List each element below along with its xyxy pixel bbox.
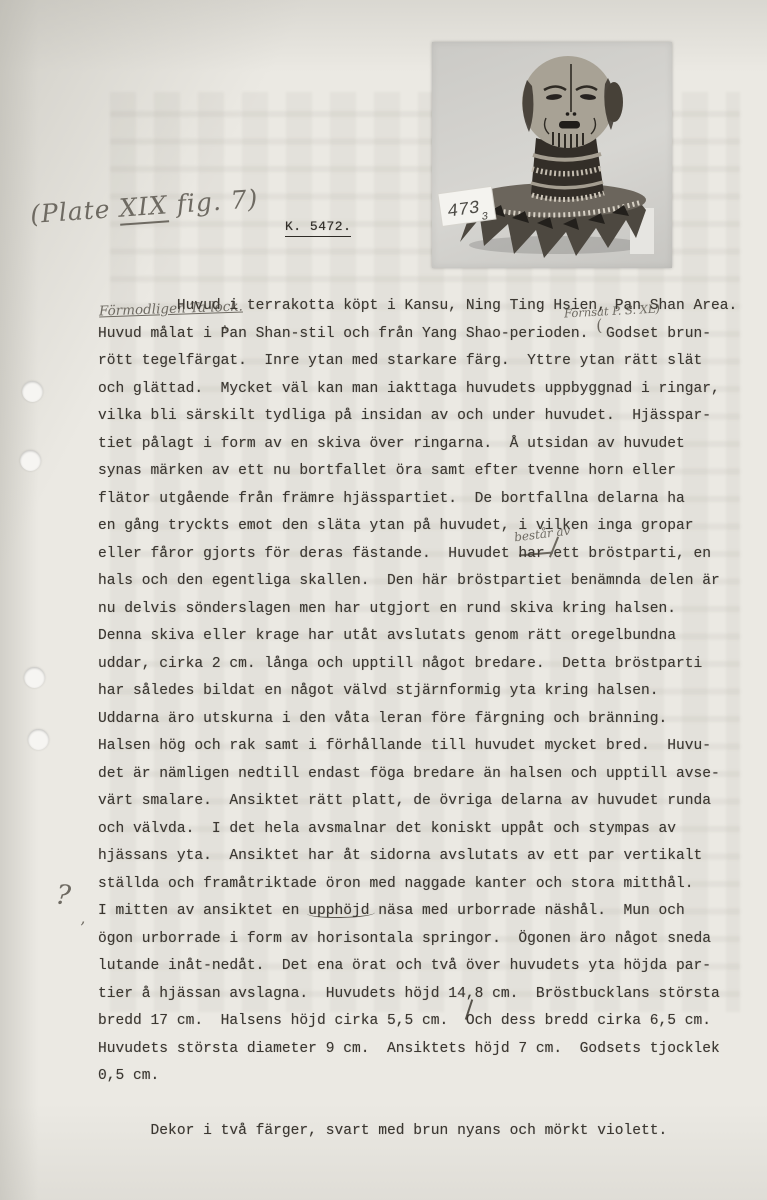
typed-line: [98, 1091, 746, 1119]
typed-line: vilka bli särskilt tydliga på insidan av…: [98, 403, 746, 431]
typed-line: Uddarna äro utskurna i den våta leran fö…: [98, 706, 746, 734]
typed-line: Huvud målat i Pan Shan-stil och från Yan…: [98, 321, 746, 349]
margin-question-mark: ?: [54, 879, 72, 911]
typed-line: hjässans yta. Ansiktet har åt sidorna av…: [98, 843, 746, 871]
artifact-photo: 473 3: [432, 42, 672, 268]
typed-line: synas märken av ett nu bortfallet öra sa…: [98, 458, 746, 486]
typed-line: Dekor i två färger, svart med brun nyans…: [98, 1118, 746, 1146]
punch-hole: [24, 667, 45, 688]
typed-line: och välvda. I det hela avsmalnar det kon…: [98, 816, 746, 844]
typed-line: lutande inåt-nedåt. Det ena örat och två…: [98, 953, 746, 981]
typed-line: hals och den egentliga skallen. Den här …: [98, 568, 746, 596]
artifact-head: [522, 56, 614, 148]
plate-note-pre: (Plate: [29, 194, 120, 229]
typed-line: tier å hjässan avslagna. Huvudets höjd 1…: [98, 981, 746, 1009]
catalog-number: K. 5472.: [285, 219, 351, 237]
typed-line: har således bildat en något välvd stjärn…: [98, 678, 746, 706]
typed-line: ögon urborrade i form av horisontala spr…: [98, 926, 746, 954]
typed-line: rött tegelfärgat. Inre ytan med starkare…: [98, 348, 746, 376]
typed-line: Halsen hög och rak samt i förhållande ti…: [98, 733, 746, 761]
punch-hole: [20, 450, 41, 471]
typed-line: bredd 17 cm. Halsens höjd cirka 5,5 cm. …: [98, 1008, 746, 1036]
typed-line: eller fåror gjorts för deras fästande. H…: [98, 541, 746, 569]
typed-line: värt smalare. Ansiktet rätt platt, de öv…: [98, 788, 746, 816]
photo-number-label: 473 3: [438, 186, 496, 229]
typed-line: det är nämligen nedtill endast föga bred…: [98, 761, 746, 789]
artifact-photo-illustration: 473 3: [432, 42, 672, 268]
typed-line: tiet pålagt i form av en skiva över ring…: [98, 431, 746, 459]
plate-note-roman: XIX: [118, 190, 169, 225]
typed-line: Huvudets största diameter 9 cm. Ansiktet…: [98, 1036, 746, 1064]
mouth: [559, 121, 580, 129]
plate-note-post: fig. 7): [167, 184, 260, 219]
typed-line: nu delvis sönderslagen men har utgjort e…: [98, 596, 746, 624]
typed-line: Denna skiva eller krage har utåt avsluta…: [98, 623, 746, 651]
scanned-catalog-page: 473 3 (Plate XIX fig. 7) K. 5472. Förmod…: [0, 0, 767, 1200]
typed-line: en gång tryckts emot den släta ytan på h…: [98, 513, 746, 541]
typed-line: ställda och framåtriktade öron med nagga…: [98, 871, 746, 899]
typed-body-text: Huvud i terrakotta köpt i Kansu, Ning Ti…: [98, 293, 746, 1146]
typed-line: flätor utgående från främre hjässpartiet…: [98, 486, 746, 514]
plate-reference-note: (Plate XIX fig. 7): [29, 184, 259, 229]
typed-line: 0,5 cm.: [98, 1063, 746, 1091]
nostril: [566, 112, 570, 116]
punch-hole: [22, 381, 43, 402]
typed-line: I mitten av ansiktet en upphöjd näsa med…: [98, 898, 746, 926]
nostril: [573, 112, 577, 116]
typed-line: och glättad. Mycket väl kan man iakttaga…: [98, 376, 746, 404]
ear-right: [605, 82, 623, 122]
margin-tick-mark: ’: [80, 918, 85, 937]
punch-hole: [28, 729, 49, 750]
typed-line: Huvud i terrakotta köpt i Kansu, Ning Ti…: [98, 293, 746, 321]
typed-line: uddar, cirka 2 cm. långa och upptill någ…: [98, 651, 746, 679]
